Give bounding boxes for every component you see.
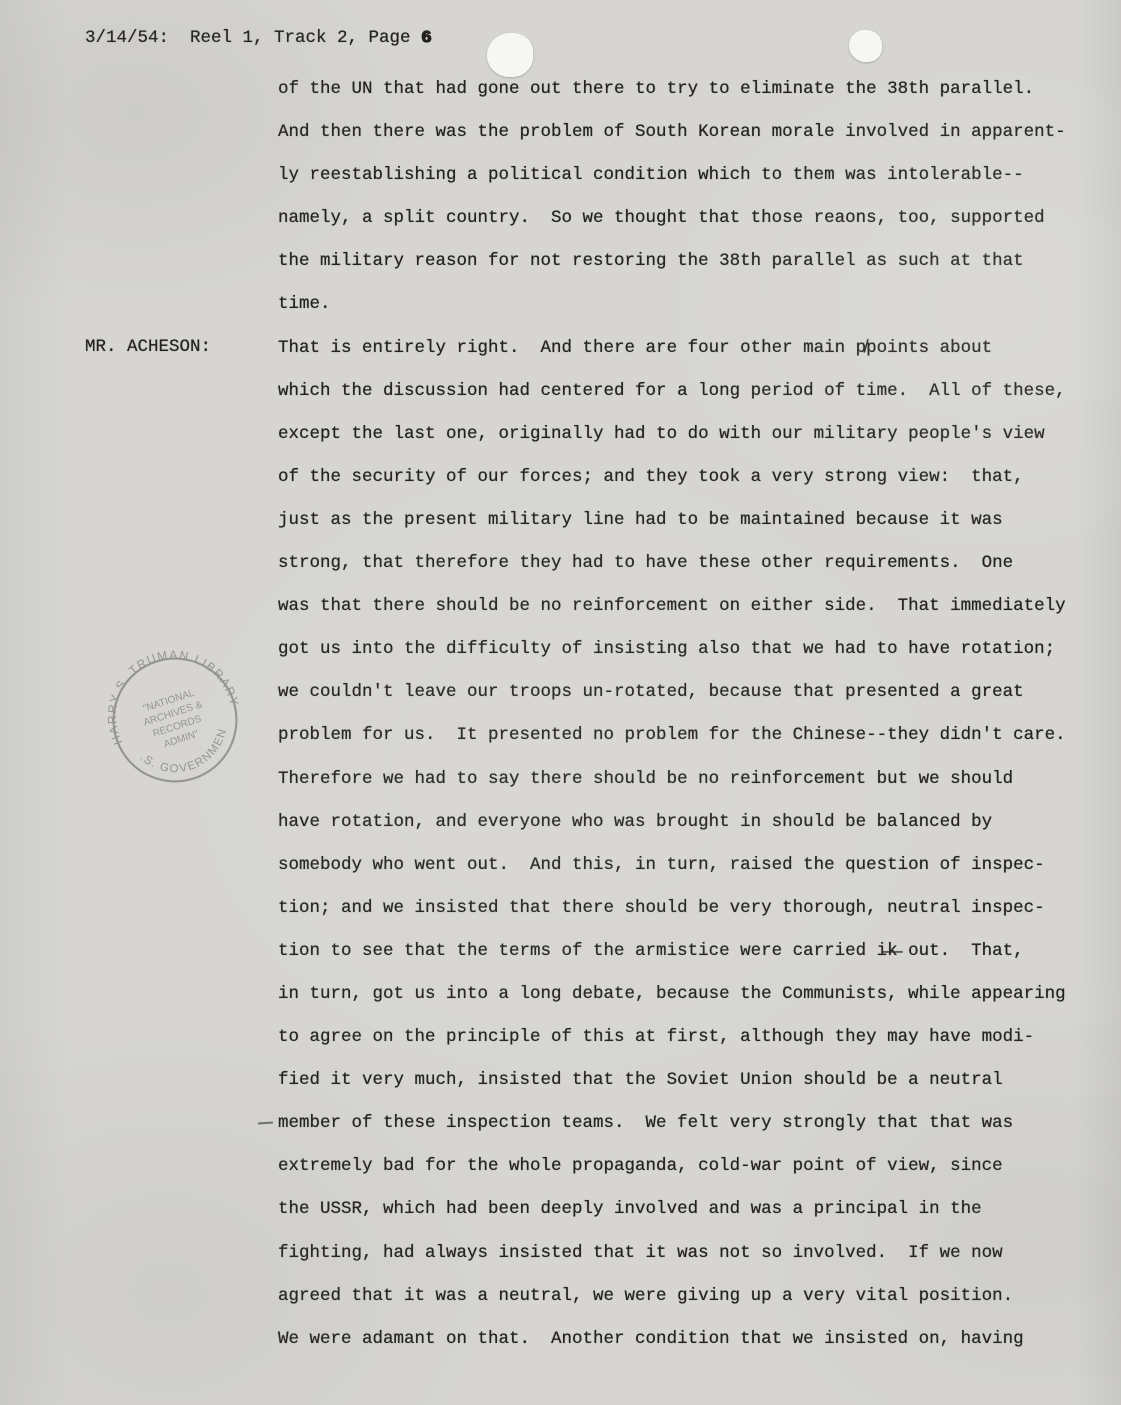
transcript-line: which the discussion had centered for a … (278, 370, 1108, 413)
transcript-line: have rotation, and everyone who was brou… (278, 801, 1108, 844)
transcript-line: problem for us. It presented no problem … (278, 714, 1108, 757)
transcript-line: except the last one, originally had to d… (278, 413, 1108, 456)
transcript-line: tion; and we insisted that there should … (278, 887, 1108, 930)
transcript-line: ly reestablishing a political condition … (278, 154, 1108, 197)
transcript-line: the USSR, which had been deeply involved… (278, 1188, 1108, 1231)
transcript-line: time. (278, 283, 1108, 326)
transcript-line: in turn, got us into a long debate, beca… (278, 973, 1108, 1016)
transcript-line: fighting, had always insisted that it wa… (278, 1232, 1108, 1275)
transcript-line: got us into the difficulty of insisting … (278, 628, 1108, 671)
speaker-label: MR. ACHESON: (85, 326, 211, 369)
transcript-line: tion to see that the terms of the armist… (278, 930, 1108, 973)
transcript-line: to agree on the principle of this at fir… (278, 1016, 1108, 1059)
transcript-line: extremely bad for the whole propaganda, … (278, 1145, 1108, 1188)
transcript-line: of the UN that had gone out there to try… (278, 68, 1108, 111)
page-header: 3/14/54: Reel 1, Track 2, Page 6 (85, 28, 432, 48)
transcript-line: Therefore we had to say there should be … (278, 758, 1108, 801)
transcript-line: And then there was the problem of South … (278, 111, 1108, 154)
punch-hole (849, 30, 882, 62)
transcript-line: agreed that it was a neutral, we were gi… (278, 1275, 1108, 1318)
transcript-line: the military reason for not restoring th… (278, 240, 1108, 283)
transcript-line: fied it very much, insisted that the Sov… (278, 1059, 1108, 1102)
transcript-line: somebody who went out. And this, in turn… (278, 844, 1108, 887)
transcript-line: of the security of our forces; and they … (278, 456, 1108, 499)
transcript-line: We were adamant on that. Another conditi… (278, 1318, 1108, 1361)
transcript-line: just as the present military line had to… (278, 499, 1108, 542)
scanned-transcript-page: 3/14/54: Reel 1, Track 2, Page 6 MR. ACH… (0, 0, 1121, 1405)
truman-library-stamp-icon: HARRY S. TRUMAN LIBRARY U.S. GOVERNMENT … (84, 629, 265, 810)
transcript-line: strong, that therefore they had to have … (278, 542, 1108, 585)
transcript-body: of the UN that had gone out there to try… (278, 68, 1108, 1361)
transcript-line: That is entirely right. And there are fo… (278, 327, 1108, 370)
transcript-line: member of these inspection teams. We fel… (278, 1102, 1108, 1145)
transcript-line: was that there should be no reinforcemen… (278, 585, 1108, 628)
transcript-line: namely, a split country. So we thought t… (278, 197, 1108, 240)
page-number: 6 (421, 28, 432, 48)
transcript-line: we couldn't leave our troops un-rotated,… (278, 671, 1108, 714)
stray-pen-mark (258, 1121, 273, 1124)
header-reel-track-label: 3/14/54: Reel 1, Track 2, Page (85, 28, 421, 48)
